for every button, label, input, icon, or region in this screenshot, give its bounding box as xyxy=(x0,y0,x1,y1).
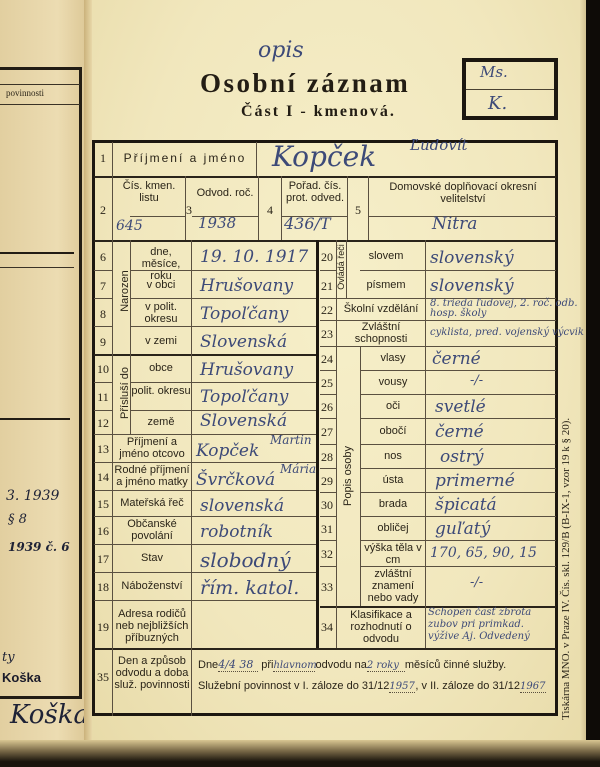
printer-note: Tiskárna MNO. v Praze IV. Čís. skl. 129/… xyxy=(560,418,572,720)
text: Služební povinnost v I. záloze do 31/12 xyxy=(198,680,389,692)
back-page-label: povinnosti xyxy=(6,88,44,98)
table-rule xyxy=(320,468,336,469)
back-note: § 8 xyxy=(8,512,27,527)
row-number: 32 xyxy=(318,547,336,562)
value-protocol-number: 436/T xyxy=(284,214,331,233)
text: , v II. záloze do 31/12 xyxy=(415,680,520,692)
value-beard: -/- xyxy=(470,373,483,388)
opis-annotation: opis xyxy=(258,38,304,63)
value-birth-village: Hrušovany xyxy=(200,276,293,296)
row-number: 33 xyxy=(318,580,336,595)
row-number: 15 xyxy=(94,497,112,512)
row-number: 30 xyxy=(318,498,336,513)
label-height: výška těla v cm xyxy=(361,542,425,566)
page-subtitle: Část I - kmenová. xyxy=(241,103,396,121)
table-rule xyxy=(360,418,556,419)
table-rule xyxy=(360,468,556,469)
value-conscription-type: hlavnom xyxy=(273,660,315,672)
label-name: Příjmení a jméno xyxy=(115,152,255,164)
table-rule xyxy=(360,566,556,567)
back-page-frame xyxy=(0,67,82,699)
conscription-line-2: Služební povinnost v I. záloze do 31/121… xyxy=(198,680,546,693)
table-rule xyxy=(94,572,316,573)
row-number: 10 xyxy=(94,362,112,377)
row-number: 18 xyxy=(94,580,112,595)
row-number: 23 xyxy=(318,327,336,342)
table-rule xyxy=(94,298,112,299)
table-rule xyxy=(130,326,316,327)
table-rule xyxy=(94,176,556,178)
value-father-surname: Kopček xyxy=(196,441,259,461)
back-signature: Koška xyxy=(10,700,89,730)
row-number: 31 xyxy=(318,522,336,537)
value-eyes: svetlé xyxy=(435,397,486,417)
label-conscription-year: Odvod. roč. xyxy=(192,187,258,199)
row-number: 35 xyxy=(94,670,112,685)
row-number: 7 xyxy=(94,279,112,294)
value-service-duration: 2 roky xyxy=(367,660,405,672)
table-rule xyxy=(320,516,336,517)
table-rule xyxy=(360,270,556,271)
row-number: 11 xyxy=(94,390,112,405)
value-nose: ostrý xyxy=(440,447,484,467)
row-number: 16 xyxy=(94,524,112,539)
row-number: 17 xyxy=(94,552,112,567)
row-number: 5 xyxy=(349,203,367,218)
label-birth-date: dne, měsíce, roku xyxy=(131,246,191,282)
page-bottom-edge xyxy=(0,740,600,767)
table-rule xyxy=(320,370,336,371)
table-rule xyxy=(320,346,556,347)
label-classification: Klasifikace a rozhodnutí o odvodu xyxy=(337,609,425,645)
table-rule xyxy=(94,648,556,650)
table-rule xyxy=(360,516,556,517)
value-birth-date: 19. 10. 1917 xyxy=(200,247,308,267)
value-education: 8. trieda ľudovej, 2. roč. odb. hosp. šk… xyxy=(430,299,580,319)
label-beard: vousy xyxy=(361,376,425,388)
label-occupation: Občanské povolání xyxy=(113,518,191,542)
table-rule xyxy=(360,492,556,493)
table-rule xyxy=(256,142,257,176)
table-rule xyxy=(94,516,316,517)
row-number: 34 xyxy=(318,620,336,635)
label-home-district: polit. okresu xyxy=(131,385,191,397)
value-surname: Kopček xyxy=(272,140,376,173)
value-hair: černé xyxy=(432,349,481,369)
value-chin: špicatá xyxy=(435,495,497,515)
table-rule xyxy=(94,270,112,271)
value-reserve-2-year: 1967 xyxy=(520,681,546,693)
row-number: 4 xyxy=(260,203,280,218)
divider xyxy=(466,89,554,90)
row-number: 22 xyxy=(318,303,336,318)
divider xyxy=(0,418,70,420)
label-birth-district: v polit. okresu xyxy=(131,301,191,325)
value-conscription-date: 4/4 38 xyxy=(218,658,258,672)
value-father-given: Martin xyxy=(270,433,312,447)
row-number: 2 xyxy=(94,203,112,218)
row-number: 12 xyxy=(94,416,112,431)
value-eyebrows: černé xyxy=(435,422,484,442)
table-rule xyxy=(191,648,192,716)
table-rule xyxy=(94,600,316,601)
value-occupation: robotník xyxy=(200,522,273,542)
table-rule xyxy=(360,540,556,541)
back-note: 3. 1939 xyxy=(6,488,59,504)
label-nose: nos xyxy=(361,450,425,462)
row-number: 13 xyxy=(94,442,112,457)
reference-box-top: Ms. xyxy=(480,63,508,81)
table-rule xyxy=(360,370,556,371)
table-rule xyxy=(360,394,556,395)
row-number: 26 xyxy=(318,400,336,415)
value-reserve-1-year: 1957 xyxy=(389,681,415,693)
divider xyxy=(0,252,74,254)
value-birth-district: Topoľčany xyxy=(200,304,288,324)
table-rule xyxy=(94,410,112,411)
group-label-belongs: Přísluší do xyxy=(119,353,131,433)
value-special-marks: -/- xyxy=(470,575,483,590)
label-mother-tongue: Mateřská řeč xyxy=(113,497,191,509)
row-number: 29 xyxy=(318,474,336,489)
label-spoken: slovem xyxy=(347,250,425,262)
value-mouth: primerné xyxy=(435,471,515,491)
table-rule xyxy=(320,566,336,567)
text: Dne xyxy=(198,659,218,671)
table-rule xyxy=(320,394,336,395)
value-written: slovenský xyxy=(430,276,514,296)
label-education: Školní vzdělání xyxy=(337,303,425,315)
table-rule xyxy=(94,490,316,491)
divider xyxy=(0,267,74,268)
page-edge-shadow xyxy=(586,0,600,767)
label-mouth: ústa xyxy=(361,474,425,486)
group-label-description: Popis osoby xyxy=(342,436,354,516)
value-home-village: Hrušovany xyxy=(200,360,293,380)
value-face: guľatý xyxy=(435,519,490,539)
page-title: Osobní záznam xyxy=(200,68,410,99)
row-number: 28 xyxy=(318,450,336,465)
text: odvodu na xyxy=(315,659,366,671)
label-eyes: oči xyxy=(361,400,425,412)
value-marital-status: slobodný xyxy=(200,548,291,572)
value-mother-surname: Švrčková xyxy=(196,470,275,490)
label-conscription-details: Den a způsob odvodu a doba služ. povinno… xyxy=(113,655,191,691)
label-mother-name: Rodné příjmení a jméno matky xyxy=(113,464,191,488)
label-religion: Náboženství xyxy=(113,580,191,592)
group-label-born: Narozen xyxy=(119,251,131,331)
table-rule xyxy=(320,492,336,493)
label-eyebrows: obočí xyxy=(361,425,425,437)
value-religion: řím. katol. xyxy=(200,577,299,599)
table-rule xyxy=(94,544,316,545)
reference-box-bottom: K. xyxy=(488,93,507,114)
table-rule xyxy=(320,418,336,419)
divider xyxy=(0,104,80,105)
label-district-command: Domovské doplňovací okresní velitelství xyxy=(378,181,548,205)
label-birth-land: v zemi xyxy=(131,335,191,347)
row-number: 21 xyxy=(318,279,336,294)
table-rule xyxy=(320,444,336,445)
divider xyxy=(0,84,80,85)
value-height: 170, 65, 90, 15 xyxy=(430,545,537,561)
row-number: 27 xyxy=(318,425,336,440)
label-written: písmem xyxy=(347,279,425,291)
row-number: 6 xyxy=(94,250,112,265)
row-number: 9 xyxy=(94,335,112,350)
row-number: 24 xyxy=(318,352,336,367)
value-home-district: Topoľčany xyxy=(200,387,288,407)
table-rule xyxy=(336,240,337,648)
value-mother-tongue: slovenská xyxy=(200,496,284,516)
table-rule xyxy=(320,270,336,271)
value-conscription-year: 1938 xyxy=(198,214,236,232)
table-rule xyxy=(94,240,556,242)
label-father-name: Příjmení a jméno otcovo xyxy=(113,436,191,460)
row-number: 1 xyxy=(94,151,112,166)
label-special-skills: Zvláštní schopnosti xyxy=(337,321,425,345)
text: při xyxy=(261,659,273,671)
row-number: 3 xyxy=(185,203,193,218)
table-rule xyxy=(425,240,426,648)
table-rule xyxy=(320,540,336,541)
row-number: 25 xyxy=(318,376,336,391)
table-rule xyxy=(191,240,192,648)
label-home-village: obce xyxy=(131,362,191,374)
value-spoken: slovenský xyxy=(430,248,514,268)
label-card-number: Čís. kmen. listu xyxy=(113,180,185,204)
value-mother-given: Mária xyxy=(280,462,316,476)
value-given-name: Ľudovít xyxy=(410,136,468,154)
label-birth-village: v obci xyxy=(131,279,191,291)
group-label-languages: Ovládá řeči xyxy=(336,237,346,297)
table-rule xyxy=(94,382,112,383)
table-rule xyxy=(94,326,112,327)
back-stamp: Koška xyxy=(2,670,41,685)
table-rule xyxy=(360,444,556,445)
value-district-command: Nitra xyxy=(432,214,477,234)
value-card-number: 645 xyxy=(116,218,143,234)
label-special-marks: zvláštní znamení nebo vady xyxy=(361,568,425,604)
text: měsíců činné služby. xyxy=(405,659,506,671)
label-hair: vlasy xyxy=(361,352,425,364)
value-classification: Schopen časť zbrota zubov pri primkad. v… xyxy=(428,607,553,643)
label-chin: brada xyxy=(361,498,425,510)
table-rule xyxy=(258,176,259,240)
label-face: obličej xyxy=(361,522,425,534)
table-rule xyxy=(130,216,185,217)
label-parents-address: Adresa rodičů neb nejbližších příbuzných xyxy=(113,608,191,644)
row-number: 14 xyxy=(94,470,112,485)
back-note: ty xyxy=(2,650,15,665)
value-birth-land: Slovenská xyxy=(200,332,287,352)
row-number: 8 xyxy=(94,307,112,322)
value-home-land: Slovenská xyxy=(200,411,287,431)
table-rule xyxy=(368,176,369,240)
row-number: 20 xyxy=(318,250,336,265)
label-marital-status: Stav xyxy=(113,552,191,564)
value-special-skills: cyklista, pred. vojenský výcvik xyxy=(430,327,584,338)
table-rule xyxy=(130,298,316,299)
row-number: 19 xyxy=(94,620,112,635)
conscription-line-1: Dne4/4 38 přihlavnomodvodu na2 rokyměsíc… xyxy=(198,658,506,672)
back-note: 1939 č. 6 xyxy=(8,540,70,554)
table-rule xyxy=(130,382,316,383)
label-home-land: země xyxy=(131,416,191,428)
label-protocol-number: Pořad. čís. prot. odved. xyxy=(282,180,348,204)
